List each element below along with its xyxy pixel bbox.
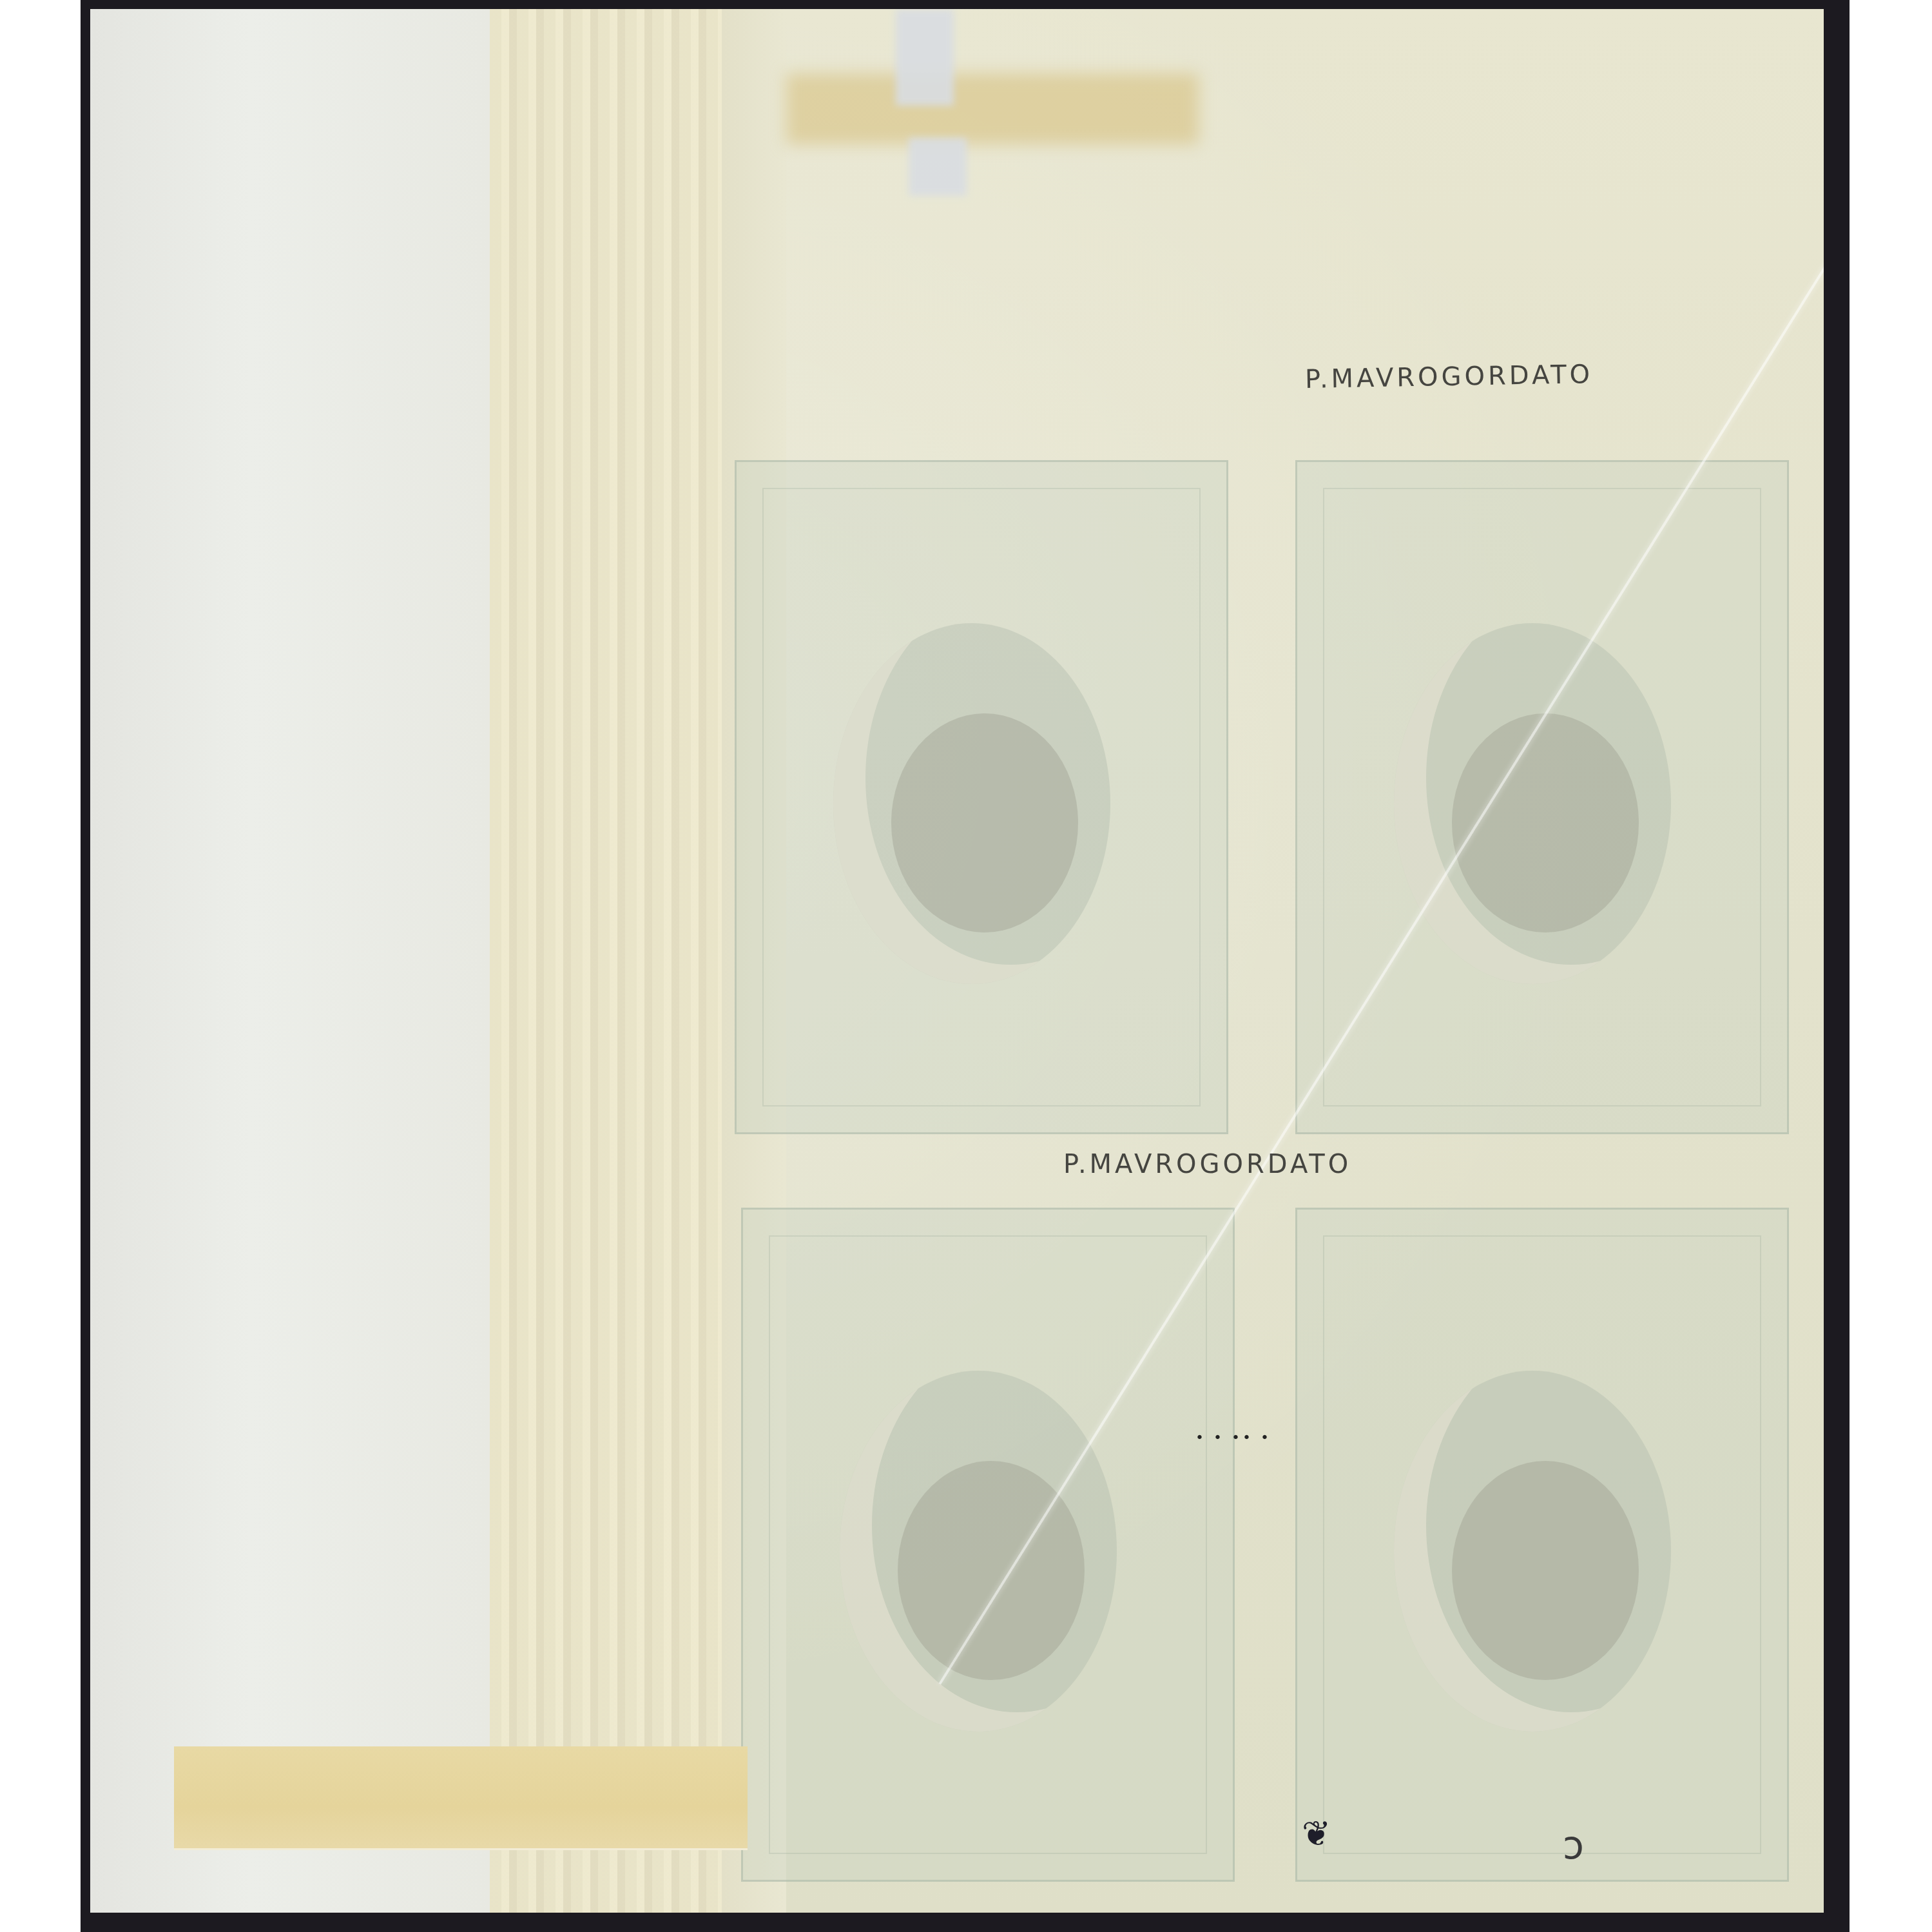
stamp-top-right [1295,460,1789,1134]
stamp-portrait-oval [891,713,1078,932]
stamp-oval-medallion [1394,623,1671,984]
expert-handstamp-middle: P.MAVROGORDATO [1063,1150,1351,1179]
stamp-bottom-right [1295,1208,1789,1882]
stamp-block-paper: P.MAVROGORDATO P.MAVROGORDATO • • •• • ❦… [90,9,1824,1913]
glassine-margin-strip [90,9,490,1913]
yellow-tape-strip [174,1746,748,1850]
hinge-thin-spot-upper [896,9,954,106]
stamp-oval-medallion [840,1371,1117,1732]
folded-hinge-band [490,9,722,1913]
hinge-stain [786,73,1199,144]
ink-dots: • • •• • [1195,1430,1271,1446]
ink-mark-left: ❦ [1302,1813,1331,1854]
hinge-thin-spot-lower [909,138,967,196]
stamp-top-left [735,460,1228,1134]
ink-mark-right: ↄ [1563,1823,1584,1868]
expert-handstamp-top: P.MAVROGORDATO [1305,360,1594,394]
stamp-bottom-left [741,1208,1235,1882]
stamp-portrait-oval [1452,713,1639,932]
stamp-oval-medallion [833,623,1110,984]
stamp-oval-medallion [1394,1371,1671,1732]
stamp-portrait-oval [1452,1461,1639,1680]
